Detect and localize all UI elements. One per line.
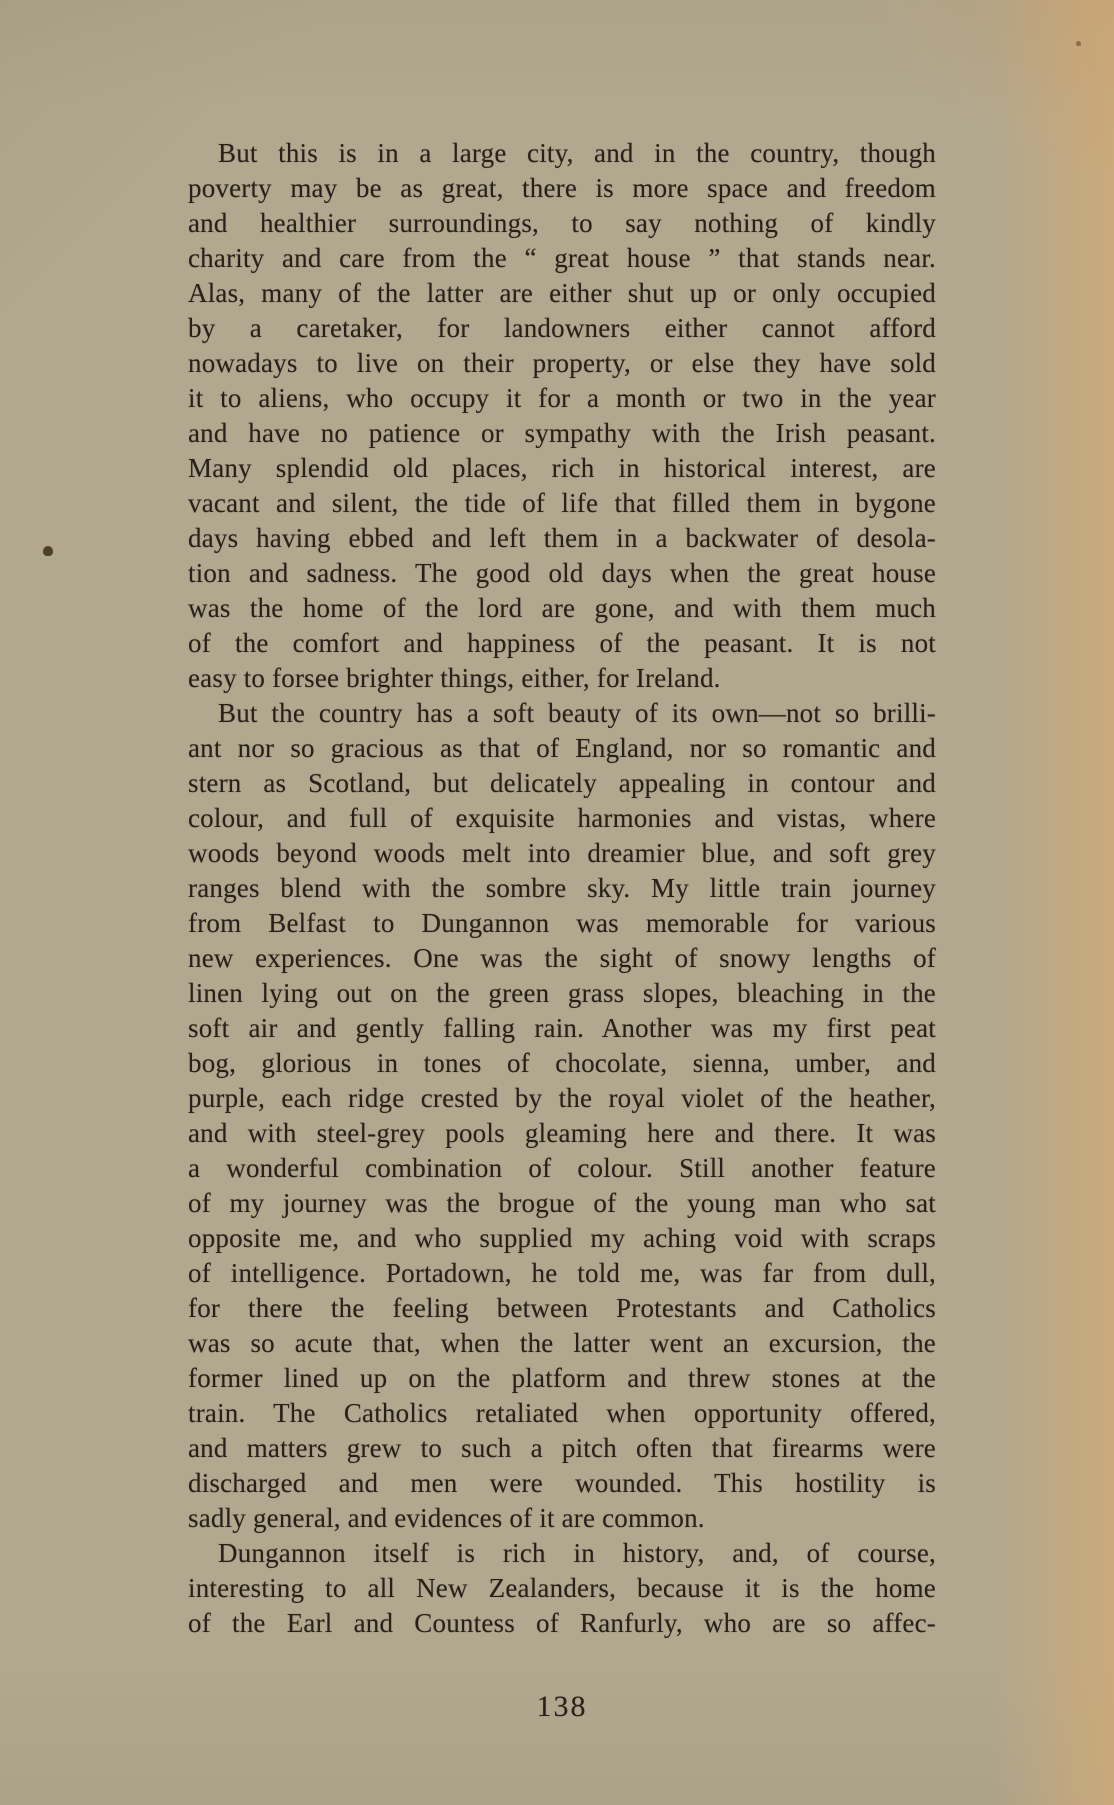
text-line: easy to forsee brighter things, either, …	[188, 661, 936, 696]
text-line: nowadays to live on their property, or e…	[188, 346, 936, 381]
ink-speck	[43, 546, 53, 556]
text-line: of the comfort and happiness of the peas…	[188, 626, 936, 661]
text-line: it to aliens, who occupy it for a month …	[188, 381, 936, 416]
text-line: of my journey was the brogue of the youn…	[188, 1186, 936, 1221]
text-line: poverty may be as great, there is more s…	[188, 171, 936, 206]
text-line: discharged and men were wounded. This ho…	[188, 1466, 936, 1501]
text-line: for there the feeling between Protestant…	[188, 1291, 936, 1326]
text-line: colour, and full of exquisite harmonies …	[188, 801, 936, 836]
text-line: and healthier surroundings, to say nothi…	[188, 206, 936, 241]
text-line: Alas, many of the latter are either shut…	[188, 276, 936, 311]
text-line: stern as Scotland, but delicately appeal…	[188, 766, 936, 801]
text-line: charity and care from the “ great house …	[188, 241, 936, 276]
text-line: Dungannon itself is rich in history, and…	[188, 1536, 936, 1571]
text-line: from Belfast to Dungannon was memorable …	[188, 906, 936, 941]
text-line: and with steel-grey pools gleaming here …	[188, 1116, 936, 1151]
text-line: train. The Catholics retaliated when opp…	[188, 1396, 936, 1431]
page-text: But this is in a large city, and in the …	[188, 136, 936, 1641]
text-line: by a caretaker, for landowners either ca…	[188, 311, 936, 346]
ink-speck	[1076, 41, 1081, 46]
text-line: opposite me, and who supplied my aching …	[188, 1221, 936, 1256]
text-line: and matters grew to such a pitch often t…	[188, 1431, 936, 1466]
text-line: linen lying out on the green grass slope…	[188, 976, 936, 1011]
text-line: Many splendid old places, rich in histor…	[188, 451, 936, 486]
text-line: purple, each ridge crested by the royal …	[188, 1081, 936, 1116]
text-line: But this is in a large city, and in the …	[188, 136, 936, 171]
text-line: tion and sadness. The good old days when…	[188, 556, 936, 591]
text-line: new experiences. One was the sight of sn…	[188, 941, 936, 976]
text-line: sadly general, and evidences of it are c…	[188, 1501, 936, 1536]
text-line: and have no patience or sympathy with th…	[188, 416, 936, 451]
text-line: of the Earl and Countess of Ranfurly, wh…	[188, 1606, 936, 1641]
paragraph-3: Dungannon itself is rich in history, and…	[188, 1536, 936, 1641]
text-line: interesting to all New Zealanders, becau…	[188, 1571, 936, 1606]
page-number: 138	[188, 1690, 936, 1724]
text-line: days having ebbed and left them in a bac…	[188, 521, 936, 556]
text-line: ranges blend with the sombre sky. My lit…	[188, 871, 936, 906]
paragraph-1: But this is in a large city, and in the …	[188, 136, 936, 696]
text-line: soft air and gently falling rain. Anothe…	[188, 1011, 936, 1046]
text-line: ant nor so gracious as that of England, …	[188, 731, 936, 766]
paragraph-2: But the country has a soft beauty of its…	[188, 696, 936, 1536]
text-line: was so acute that, when the latter went …	[188, 1326, 936, 1361]
text-line: of intelligence. Portadown, he told me, …	[188, 1256, 936, 1291]
text-line: vacant and silent, the tide of life that…	[188, 486, 936, 521]
text-line: a wonderful combination of colour. Still…	[188, 1151, 936, 1186]
text-line: bog, glorious in tones of chocolate, sie…	[188, 1046, 936, 1081]
text-line: was the home of the lord are gone, and w…	[188, 591, 936, 626]
text-line: former lined up on the platform and thre…	[188, 1361, 936, 1396]
text-line: woods beyond woods melt into dreamier bl…	[188, 836, 936, 871]
text-line: But the country has a soft beauty of its…	[188, 696, 936, 731]
